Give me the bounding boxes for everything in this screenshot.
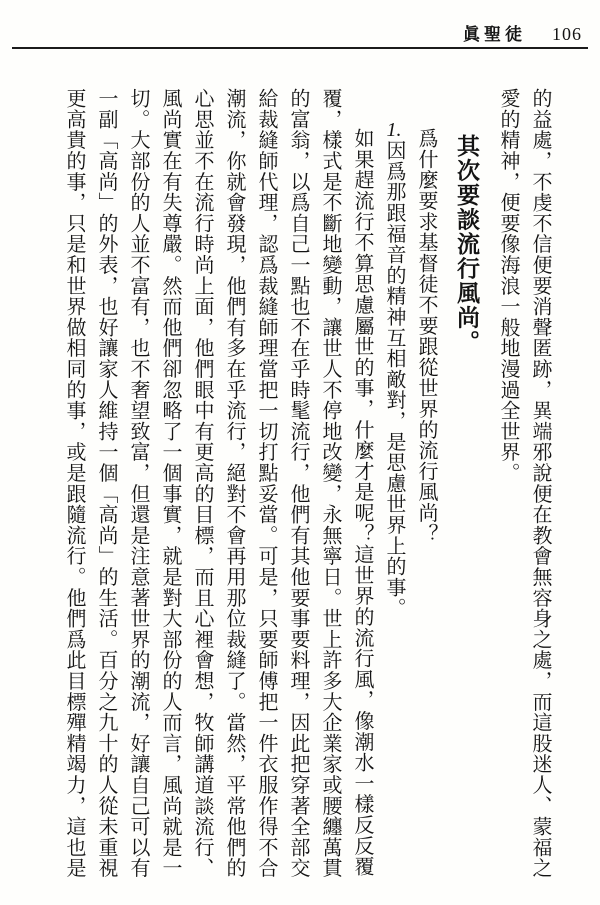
running-head: 眞聖徒 106: [463, 20, 582, 45]
text-column: 因爲那跟福音的精神互相敵對，是思慮世界上的事。: [383, 140, 405, 618]
vertical-text-area: 的益處，不虔不信便要消聲匿跡，異端邪說便在教會無容身之處，而這股迷人、蒙福之 愛…: [28, 88, 556, 886]
text-column: 心思並不在流行時尚上面，他們眼中有更高的目標，而且心裡會想，牧師講道談流行、: [186, 88, 218, 886]
text-column: 切。大部份的人並不富有，也不奢望致富，但還是注意著世界的潮流，好讓自己可以有: [122, 88, 154, 886]
text-column: 潮流，你就會發現，他們有多在乎流行，絕對不會再用那位裁縫了。當然，平常他們的: [218, 88, 250, 886]
text-column: 風尚實在有失尊嚴。然而他們卻忽略了一個事實，就是對大部份的人而言，風尚就是一: [154, 88, 186, 886]
text-column: 一副「高尚」的外表，也好讓家人維持一個「高尚」的生活。百分之九十的人從未重視: [90, 88, 122, 886]
text-column: 愛的精神，便要像海浪一般地漫過全世界。: [492, 88, 524, 886]
section-heading: 其次要談流行風尚。: [446, 88, 486, 886]
question-column: 爲什麼要求基督徒不要跟從世界的流行風尚？: [410, 88, 442, 886]
text-column: 的益處，不虔不信便要消聲匿跡，異端邪說便在教會無容身之處，而這股迷人、蒙福之: [524, 88, 556, 886]
text-column: 更高貴的事，只是和世界做相同的事，或是跟隨流行。他們爲此目標殫精竭力，這也是: [58, 88, 90, 886]
book-page: 眞聖徒 106 的益處，不虔不信便要消聲匿跡，異端邪說便在教會無容身之處，而這股…: [0, 0, 600, 905]
numbered-point-column: 1.因爲那跟福音的精神互相敵對，是思慮世界上的事。: [378, 88, 410, 886]
book-title: 眞聖徒: [463, 20, 526, 45]
text-column: 的富翁，以爲自己一點也不在乎時髦流行，他們有其他要事要料理，因此把穿著全部交: [282, 88, 314, 886]
page-number: 106: [552, 24, 582, 45]
text-column: 給裁縫師代理，認爲裁縫師理當把一切打點妥當。可是，只要師傅把一件衣服作得不合: [250, 88, 282, 886]
paragraph-start-column: 如果趕流行不算思慮屬世的事，什麼才是呢？這世界的流行風，像潮水一樣反反覆: [346, 88, 378, 886]
list-number: 1.: [381, 120, 405, 140]
header-rule: [12, 47, 588, 49]
text-column: 覆，樣式是不斷地變動，讓世人不停地改變，永無寧日。世上許多大企業家或腰纏萬貫: [314, 88, 346, 886]
